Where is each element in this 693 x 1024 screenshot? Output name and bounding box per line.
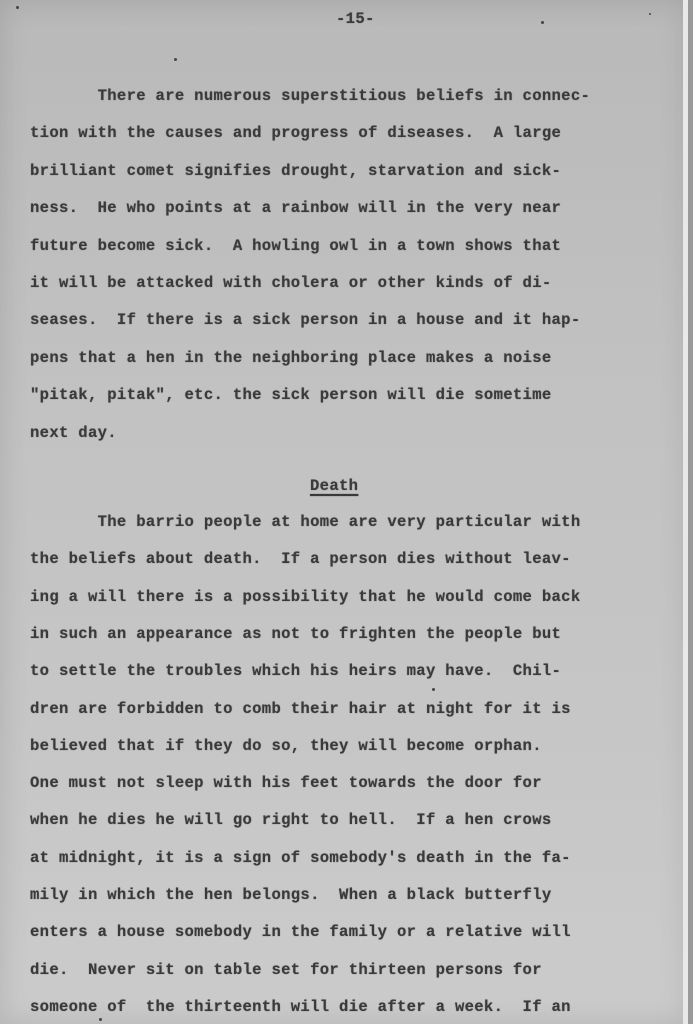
scan-speck	[16, 6, 19, 9]
text-line: seases. If there is a sick person in a h…	[30, 311, 581, 329]
page-number: -15-	[336, 10, 375, 28]
text-line: to settle the troubles which his heirs m…	[30, 662, 561, 680]
text-line: ness. He who points at a rainbow will in…	[30, 199, 561, 217]
text-line: when he dies he will go right to hell. I…	[30, 811, 552, 829]
text-line: tion with the causes and progress of dis…	[30, 124, 561, 142]
text-line: brilliant comet signifies drought, starv…	[30, 162, 561, 180]
text-line: someone of the thirteenth will die after…	[30, 998, 571, 1016]
page-edge	[683, 0, 688, 1024]
text-line: The barrio people at home are very parti…	[30, 513, 581, 531]
text-line: die. Never sit on table set for thirteen…	[30, 961, 542, 979]
scan-speck	[432, 688, 435, 691]
text-line: enters a house somebody in the family or…	[30, 923, 571, 941]
scan-speck	[99, 1018, 102, 1021]
text-line: mily in which the hen belongs. When a bl…	[30, 886, 552, 904]
text-line: pens that a hen in the neighboring place…	[30, 349, 552, 367]
document-page: -15- There are numerous superstitious be…	[0, 0, 688, 1024]
scan-speck	[541, 21, 544, 24]
text-line: One must not sleep with his feet towards…	[30, 774, 542, 792]
text-line: dren are forbidden to comb their hair at…	[30, 700, 571, 718]
text-line: at midnight, it is a sign of somebody's …	[30, 849, 571, 867]
text-line: ing a will there is a possibility that h…	[30, 588, 581, 606]
text-line: the beliefs about death. If a person die…	[30, 550, 571, 568]
text-line: in such an appearance as not to frighten…	[30, 625, 561, 643]
scan-speck	[174, 58, 177, 61]
text-line: "pitak, pitak", etc. the sick person wil…	[30, 386, 552, 404]
text-line: it will be attacked with cholera or othe…	[30, 274, 552, 292]
scan-speck	[649, 13, 651, 15]
text-line: next day.	[30, 424, 117, 442]
text-line: There are numerous superstitious beliefs…	[30, 87, 590, 105]
text-line: future become sick. A howling owl in a t…	[30, 237, 561, 255]
text-line: believed that if they do so, they will b…	[30, 737, 542, 755]
section-heading-death: Death	[310, 477, 358, 495]
